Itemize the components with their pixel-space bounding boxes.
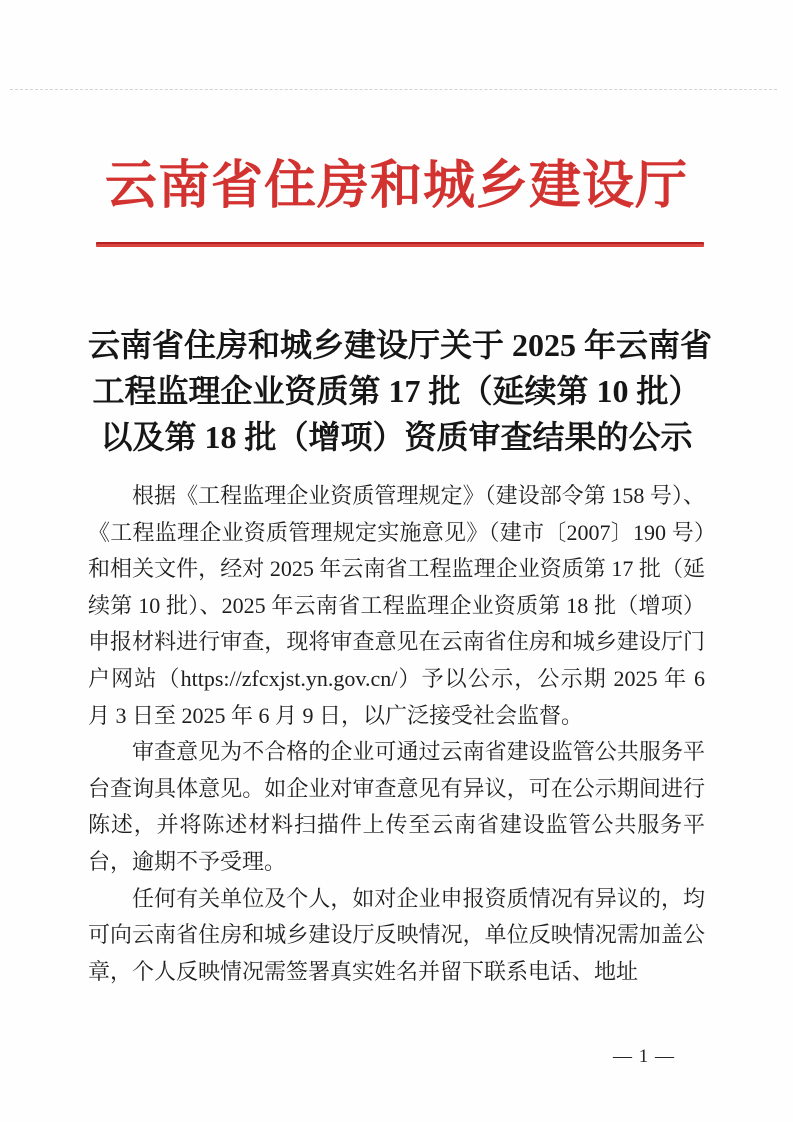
document-body: 根据《工程监理企业资质管理规定》（建设部令第 158 号）、《工程监理企业资质管…: [88, 478, 705, 990]
agency-name: 云南省住房和城乡建设厅: [88, 156, 705, 218]
document-title-line-2: 工程监理企业资质第 17 批（延续第 10 批）: [88, 368, 705, 414]
page-number: — 1 —: [613, 1046, 675, 1068]
letterhead-divider-rule: [96, 242, 704, 247]
paragraph-objection-procedure: 审查意见为不合格的企业可通过云南省建设监管公共服务平台查询具体意见。如企业对审查…: [88, 734, 705, 880]
document-title-line-3: 以及第 18 批（增项）资质审查结果的公示: [88, 414, 705, 460]
document-page: 云南省住房和城乡建设厅 云南省住房和城乡建设厅关于 2025 年云南省 工程监理…: [0, 0, 793, 1122]
scan-artifact-line: [10, 89, 777, 90]
paragraph-feedback-requirements: 任何有关单位及个人，如对企业申报资质情况有异议的，均可向云南省住房和城乡建设厅反…: [88, 881, 705, 991]
document-title: 云南省住房和城乡建设厅关于 2025 年云南省 工程监理企业资质第 17 批（延…: [88, 322, 705, 460]
document-title-line-1: 云南省住房和城乡建设厅关于 2025 年云南省: [88, 322, 705, 368]
paragraph-basis: 根据《工程监理企业资质管理规定》（建设部令第 158 号）、《工程监理企业资质管…: [88, 478, 705, 734]
